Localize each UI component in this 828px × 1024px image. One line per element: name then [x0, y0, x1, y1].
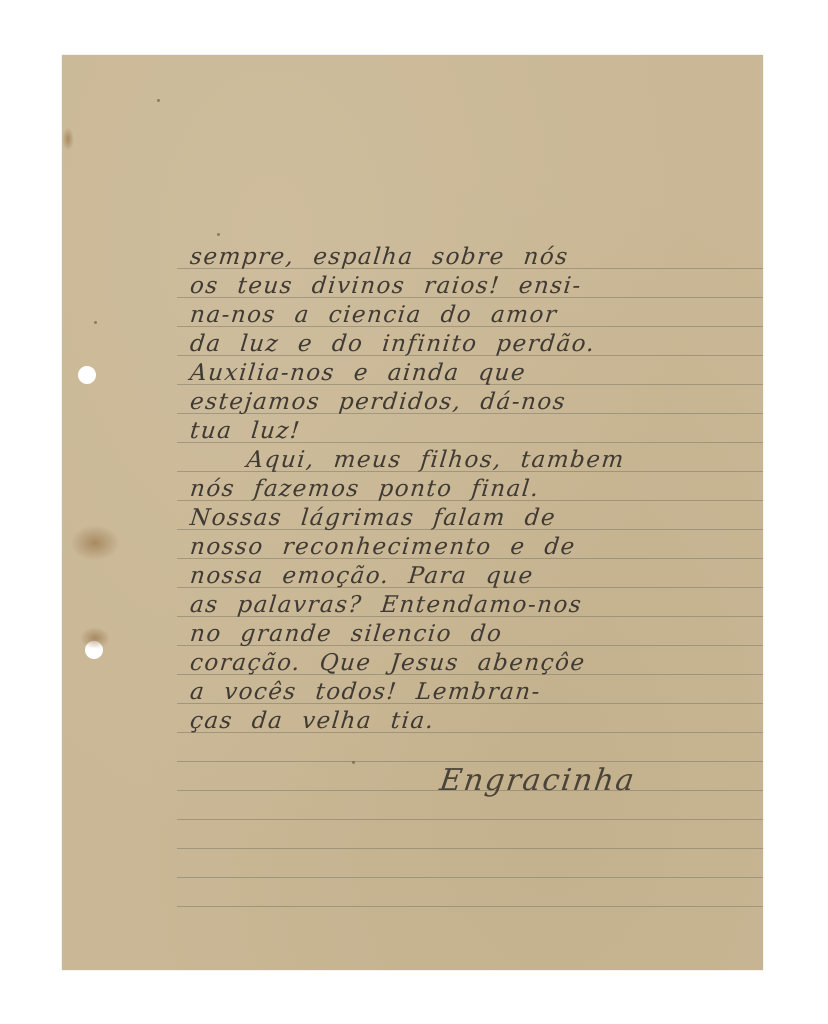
letter-line: coração. Que Jesus abençôe [188, 650, 771, 679]
letter-line: tua luz! [188, 418, 771, 447]
letter-line: nossa emoção. Para que [188, 563, 771, 592]
ruled-line [177, 819, 763, 820]
ruled-line [177, 761, 763, 762]
ruled-line [177, 877, 763, 878]
punch-hole-top [78, 366, 96, 384]
ruled-line [177, 848, 763, 849]
speck [94, 321, 97, 324]
ruled-line [177, 906, 763, 907]
letter-line: a vocês todos! Lembran- [188, 679, 771, 708]
letter-page: sempre, espalha sobre nós os teus divino… [62, 55, 763, 970]
letter-line: da luz e do infinito perdão. [188, 331, 771, 360]
speck [157, 99, 160, 102]
letter-line: Nossas lágrimas falam de [188, 505, 771, 534]
letter-line: no grande silencio do [188, 621, 771, 650]
signature: Engracinha [438, 763, 638, 798]
letter-line: nós fazemos ponto final. [188, 476, 771, 505]
letter-line: os teus divinos raios! ensi- [188, 273, 771, 302]
letter-line: Auxilia-nos e ainda que [188, 360, 771, 389]
stain [70, 525, 120, 561]
speck [352, 761, 355, 764]
stain [80, 627, 110, 649]
letter-line: ças da velha tia. [188, 708, 771, 737]
letter-line: Aqui, meus filhos, tambem [188, 447, 771, 476]
letter-line: estejamos perdidos, dá-nos [188, 389, 771, 418]
stain [62, 127, 74, 151]
speck [217, 233, 220, 236]
letter-line: na-nos a ciencia do amor [188, 302, 771, 331]
letter-line: nosso reconhecimento e de [188, 534, 771, 563]
letter-line: as palavras? Entendamo-nos [188, 592, 771, 621]
letter-line: sempre, espalha sobre nós [188, 244, 771, 273]
